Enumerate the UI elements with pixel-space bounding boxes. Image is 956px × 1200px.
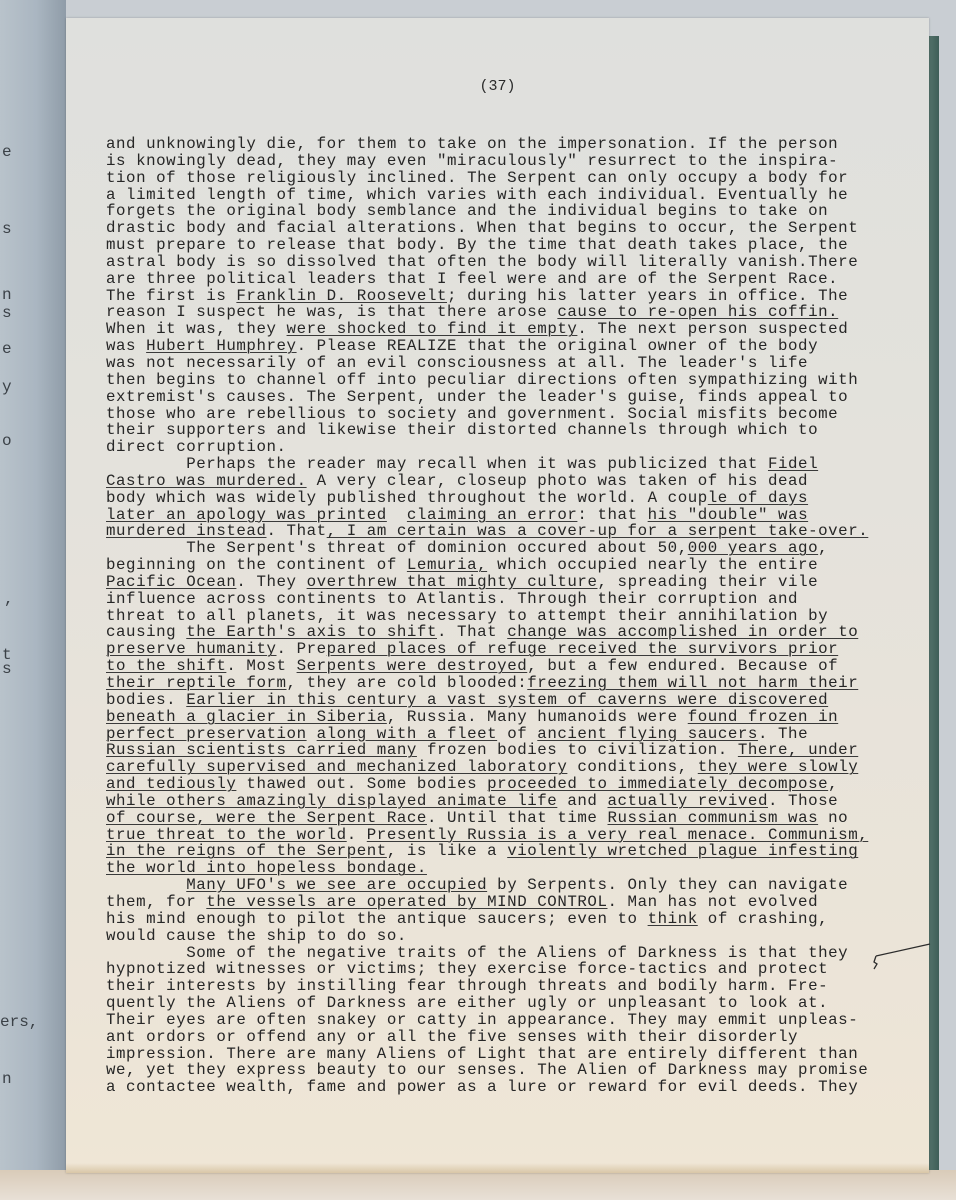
previous-page-text-fragment: n bbox=[2, 1070, 12, 1088]
handwritten-underline: Pacific Ocean bbox=[106, 573, 236, 591]
text-line: direct corruption. bbox=[106, 439, 926, 456]
text-line: reason I suspect he was, is that there a… bbox=[106, 304, 926, 321]
text-line: true threat to the world. Presently Russ… bbox=[106, 827, 926, 844]
text-line: murdered instead. That, I am certain was… bbox=[106, 523, 926, 540]
text-line: tion of those religiously inclined. The … bbox=[106, 170, 926, 187]
text-line: while others amazingly displayed animate… bbox=[106, 793, 926, 810]
handwritten-underline: claiming an error bbox=[407, 506, 578, 524]
text-line: quently the Aliens of Darkness are eithe… bbox=[106, 995, 926, 1012]
previous-page-text-fragment: ers, bbox=[0, 1013, 38, 1031]
text-line: carefully supervised and mechanized labo… bbox=[106, 759, 926, 776]
previous-page-text-fragment: s bbox=[2, 220, 12, 238]
text-line: and tediously thawed out. Some bodies pr… bbox=[106, 776, 926, 793]
text-line: of course, were the Serpent Race. Until … bbox=[106, 810, 926, 827]
page-number: (37) bbox=[66, 78, 929, 95]
previous-page-text-fragment: y bbox=[2, 378, 12, 396]
text-line: their supporters and likewise their dist… bbox=[106, 422, 926, 439]
handwritten-underline: pared places of refuge received the surv… bbox=[327, 640, 839, 658]
handwritten-underline: later an apology was printed bbox=[106, 506, 387, 524]
handwritten-underline: Many UFO's we see are occupied bbox=[186, 876, 487, 894]
text-line: Perhaps the reader may recall when it wa… bbox=[106, 456, 926, 473]
handwritten-underline: violently wretched plague infesting bbox=[507, 842, 858, 860]
handwritten-underline: preserve humanity bbox=[106, 640, 277, 658]
text-line: Pacific Ocean. They overthrew that might… bbox=[106, 574, 926, 591]
handwritten-underline: the world into hopeless bondage. bbox=[106, 859, 427, 877]
text-line: The Serpent's threat of dominion occured… bbox=[106, 540, 926, 557]
text-line: those who are rebellious to society and … bbox=[106, 406, 926, 423]
handwritten-underline: perfect preservation bbox=[106, 725, 307, 743]
handwritten-underline: and tediously bbox=[106, 775, 236, 793]
handwritten-underline: while others amazingly displayed animate… bbox=[106, 792, 557, 810]
text-line: Russian scientists carried many frozen b… bbox=[106, 742, 926, 759]
handwritten-underline: proceeded to immediately decompose bbox=[487, 775, 828, 793]
text-line: then begins to channel off into peculiar… bbox=[106, 372, 926, 389]
handwritten-underline: think bbox=[648, 910, 698, 928]
handwritten-underline: overthrew that mighty culture bbox=[307, 573, 598, 591]
handwritten-underline: were shocked to find it empty bbox=[287, 320, 578, 338]
text-line: influence across continents to Atlantis.… bbox=[106, 591, 926, 608]
text-line: hypnotized witnesses or victims; they ex… bbox=[106, 961, 926, 978]
text-line: forgets the original body semblance and … bbox=[106, 203, 926, 220]
text-line: and unknowingly die, for them to take on… bbox=[106, 136, 926, 153]
text-line: threat to all planets, it was necessary … bbox=[106, 608, 926, 625]
text-line: the world into hopeless bondage. bbox=[106, 860, 926, 877]
previous-page-text-fragment: e bbox=[2, 143, 12, 161]
handwritten-underline: in the reigns of the Serpent bbox=[106, 842, 387, 860]
handwritten-underline: Castro was murdered. bbox=[106, 472, 307, 490]
previous-page-text-fragment: s bbox=[2, 304, 12, 322]
text-line: must prepare to release that body. By th… bbox=[106, 237, 926, 254]
text-line: Their eyes are often snakey or catty in … bbox=[106, 1012, 926, 1029]
handwritten-underline: the vessels are operated by MIND CONTROL bbox=[206, 893, 607, 911]
text-line: astral body is so dissolved that often t… bbox=[106, 254, 926, 271]
handwritten-underline: Serpents were destroyed bbox=[297, 657, 528, 675]
handwritten-underline: freezing them will not harm their bbox=[527, 674, 858, 692]
text-line: is knowingly dead, they may even "miracu… bbox=[106, 153, 926, 170]
handwritten-underline: the Earth's axis to shift bbox=[186, 623, 437, 641]
handwritten-underline: true threat to the world bbox=[106, 826, 347, 844]
handwritten-underline: 000 years ago bbox=[688, 539, 818, 557]
text-line: Some of the negative traits of the Alien… bbox=[106, 945, 926, 962]
handwritten-underline: le of days bbox=[708, 489, 808, 507]
text-line: drastic body and facial alterations. Whe… bbox=[106, 220, 926, 237]
text-line: extremist's causes. The Serpent, under t… bbox=[106, 389, 926, 406]
handwritten-underline: Fidel bbox=[768, 455, 818, 473]
text-line: his mind enough to pilot the antique sau… bbox=[106, 911, 926, 928]
handwritten-underline: There, under bbox=[738, 741, 858, 759]
previous-page-edge: esnseyo,tsers,n bbox=[0, 0, 66, 1180]
handwritten-underline: change was accomplished in order to bbox=[507, 623, 858, 641]
handwritten-underline: Earlier in this century a vast system of… bbox=[186, 691, 828, 709]
handwritten-underline: Lemuria, bbox=[407, 556, 487, 574]
text-line: their interests by instilling fear throu… bbox=[106, 978, 926, 995]
previous-page-text-fragment: n bbox=[2, 286, 12, 304]
pen-margin-mark-icon bbox=[862, 942, 932, 982]
handwritten-underline: of course, were the Serpent Race bbox=[106, 809, 427, 827]
previous-page-text-fragment: , bbox=[4, 590, 14, 608]
text-line: are three political leaders that I feel … bbox=[106, 271, 926, 288]
text-line: a limited length of time, which varies w… bbox=[106, 187, 926, 204]
text-line: body which was widely published througho… bbox=[106, 490, 926, 507]
text-line: beneath a glacier in Siberia, Russia. Ma… bbox=[106, 709, 926, 726]
handwritten-underline: their reptile form bbox=[106, 674, 287, 692]
text-line: perfect preservation along with a fleet … bbox=[106, 726, 926, 743]
text-line: a contactee wealth, fame and power as a … bbox=[106, 1079, 926, 1096]
text-line: would cause the ship to do so. bbox=[106, 928, 926, 945]
handwritten-underline: Franklin D. Roosevelt bbox=[236, 287, 447, 305]
text-line: Castro was murdered. A very clear, close… bbox=[106, 473, 926, 490]
handwritten-underline: Russian scientists carried many bbox=[106, 741, 417, 759]
text-line: ant ordors or offend any or all the five… bbox=[106, 1029, 926, 1046]
text-line: later an apology was printed claiming an… bbox=[106, 507, 926, 524]
body-text: and unknowingly die, for them to take on… bbox=[106, 136, 926, 1096]
handwritten-underline: , I am certain was a cover-up for a serp… bbox=[327, 522, 869, 540]
handwritten-underline: Presently Russia is a very real menace. … bbox=[367, 826, 868, 844]
text-line: we, yet they express beauty to our sense… bbox=[106, 1062, 926, 1079]
handwritten-underline: actually revived bbox=[608, 792, 768, 810]
text-line: When it was, they were shocked to find i… bbox=[106, 321, 926, 338]
text-line: causing the Earth's axis to shift. That … bbox=[106, 624, 926, 641]
text-line: in the reigns of the Serpent, is like a … bbox=[106, 843, 926, 860]
handwritten-underline: murdered instead bbox=[106, 522, 266, 540]
text-line: bodies. Earlier in this century a vast s… bbox=[106, 692, 926, 709]
handwritten-underline: found frozen in bbox=[688, 708, 838, 726]
text-line: impression. There are many Aliens of Lig… bbox=[106, 1046, 926, 1063]
document-page: (37) and unknowingly die, for them to ta… bbox=[66, 18, 929, 1173]
handwritten-underline: Russian communism was bbox=[608, 809, 819, 827]
text-line: to the shift. Most Serpents were destroy… bbox=[106, 658, 926, 675]
handwritten-underline: cause to re-open his coffin. bbox=[557, 303, 838, 321]
text-line: was not necessarily of an evil conscious… bbox=[106, 355, 926, 372]
text-line: The first is Franklin D. Roosevelt; duri… bbox=[106, 288, 926, 305]
handwritten-underline: Hubert Humphrey bbox=[146, 337, 296, 355]
handwritten-underline: carefully supervised and mechanized labo… bbox=[106, 758, 567, 776]
text-line: beginning on the continent of Lemuria, w… bbox=[106, 557, 926, 574]
handwritten-underline: to the shift bbox=[106, 657, 226, 675]
previous-page-text-fragment: s bbox=[2, 660, 12, 678]
text-line: was Hubert Humphrey. Please REALIZE that… bbox=[106, 338, 926, 355]
previous-page-text-fragment: o bbox=[2, 432, 12, 450]
handwritten-underline: they were slowly bbox=[698, 758, 858, 776]
text-line: preserve humanity. Prepared places of re… bbox=[106, 641, 926, 658]
text-line: their reptile form, they are cold bloode… bbox=[106, 675, 926, 692]
previous-page-text-fragment: e bbox=[2, 340, 12, 358]
handwritten-underline: beneath a glacier in Siberia bbox=[106, 708, 387, 726]
table-surface bbox=[0, 1170, 956, 1200]
handwritten-underline: his "double" was bbox=[648, 506, 808, 524]
text-line: them, for the vessels are operated by MI… bbox=[106, 894, 926, 911]
text-line: Many UFO's we see are occupied by Serpen… bbox=[106, 877, 926, 894]
handwritten-underline: along with a fleet bbox=[317, 725, 498, 743]
handwritten-underline: ancient flying saucers bbox=[537, 725, 758, 743]
